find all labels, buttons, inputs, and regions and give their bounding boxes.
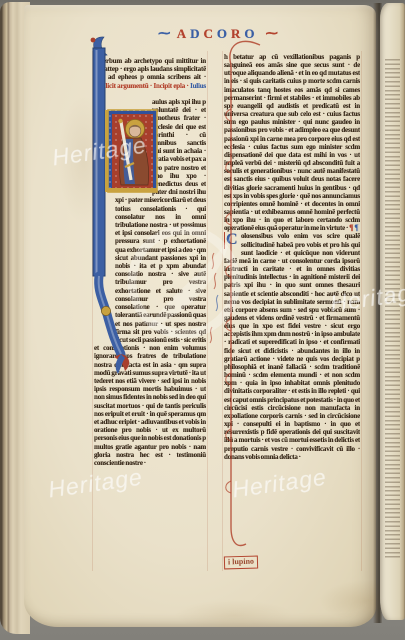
watermark-logo-icon: [118, 218, 250, 350]
catchword-box: i lupino: [224, 556, 258, 570]
sword-pommel-icon: [118, 119, 122, 123]
facing-page-edge: [380, 3, 405, 620]
title-letter: D: [190, 26, 203, 41]
title-letter: A: [177, 26, 190, 41]
pilcrow-mark-icon: ¶: [353, 223, 358, 232]
parchment-stain: [174, 600, 294, 630]
tail-gold-ball-icon: [101, 306, 110, 315]
manuscript-photo: ⁓ ADCORO ⁓ diuerbum ab archetypo qui mit…: [0, 0, 405, 640]
panel-base: [108, 188, 157, 192]
finial-dot-icon: [91, 38, 96, 43]
